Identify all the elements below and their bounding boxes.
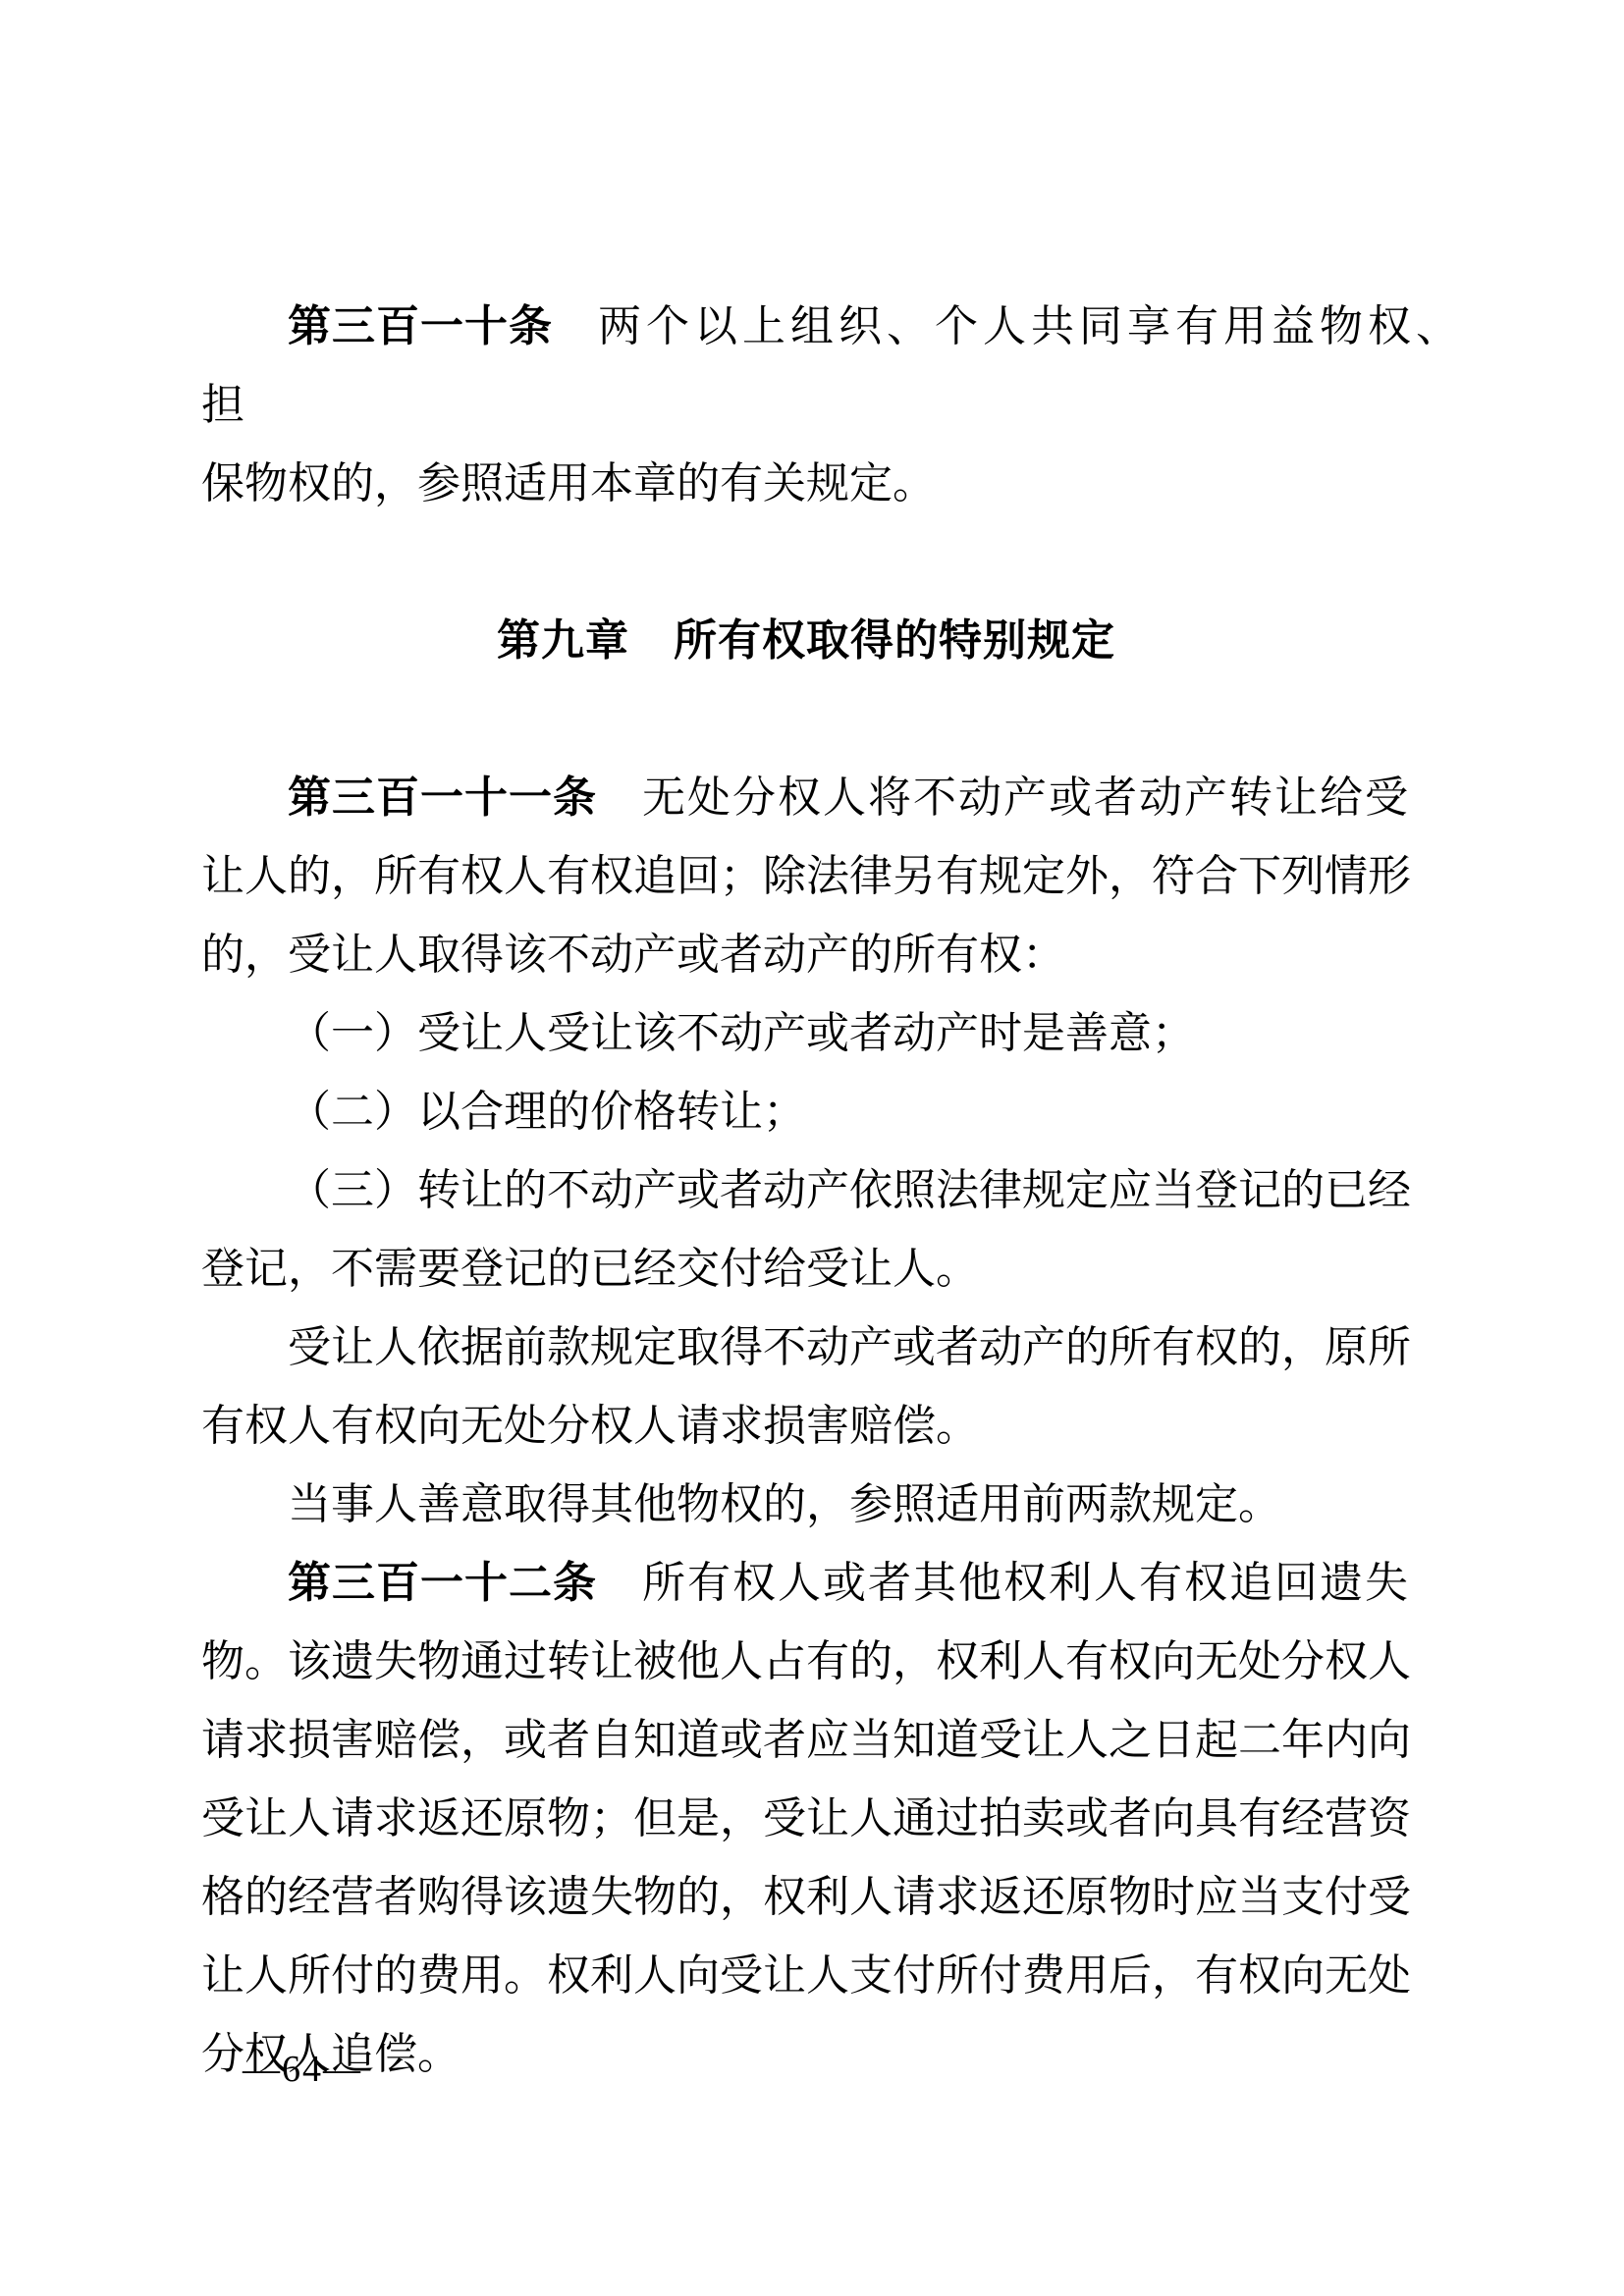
document-body: 第三百一十条两个以上组织、个人共同享有用益物权、担保物权的，参照适用本章的有关规… <box>201 288 1497 2094</box>
article-311-paragraph: 第三百一十一条无处分权人将不动产或者动产转让给受让人的，所有权人有权追回；除法律… <box>201 759 1497 994</box>
article-312-paragraph: 第三百一十二条所有权人或者其他权利人有权追回遗失物。该遗失物通过转让被他人占有的… <box>201 1544 1497 2094</box>
article-312-number: 第三百一十二条 <box>288 1559 597 1607</box>
article-311-item-1: （一）受让人受让该不动产或者动产时是善意； <box>201 994 1497 1073</box>
article-311-item-2: （二）以合理的价格转让； <box>201 1073 1497 1151</box>
article-310-number: 第三百一十条 <box>288 302 553 350</box>
article-312-continuation: 物。该遗失物通过转让被他人占有的，权利人有权向无处分权人 请求损害赔偿，或者自知… <box>201 1623 1497 2094</box>
page-number: —64— <box>243 2050 362 2089</box>
article-311-number: 第三百一十一条 <box>288 774 597 822</box>
article-311-continuation: 让人的，所有权人有权追回；除法律另有规定外，符合下列情形 的，受让人取得该不动产… <box>201 837 1497 994</box>
document-page: 第三百一十条两个以上组织、个人共同享有用益物权、担保物权的，参照适用本章的有关规… <box>0 0 1624 2296</box>
article-311-item-3: （三）转让的不动产或者动产依照法律规定应当登记的已经 登记，不需要登记的已经交付… <box>201 1151 1497 1308</box>
article-310-paragraph: 第三百一十条两个以上组织、个人共同享有用益物权、担保物权的，参照适用本章的有关规… <box>201 288 1497 523</box>
chapter-heading: 第九章 所有权取得的特别规定 <box>201 602 1411 680</box>
article-311-first-line: 无处分权人将不动产或者动产转让给受 <box>642 774 1410 822</box>
article-310-continuation: 保物权的，参照适用本章的有关规定。 <box>201 445 1497 523</box>
article-311-paragraph-3: 当事人善意取得其他物权的，参照适用前两款规定。 <box>201 1466 1497 1544</box>
article-311-paragraph-2: 受让人依据前款规定取得不动产或者动产的所有权的，原所 有权人有权向无处分权人请求… <box>201 1308 1497 1466</box>
article-312-first-line: 所有权人或者其他权利人有权追回遗失 <box>642 1559 1410 1607</box>
